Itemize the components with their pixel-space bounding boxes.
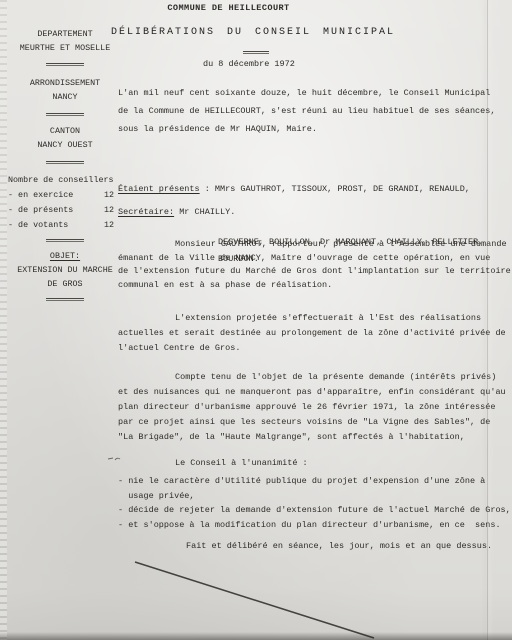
objet-line2: DE GROS <box>8 278 122 291</box>
sidebar-rule <box>46 113 84 116</box>
conseillers-row: - en exercice 12 <box>8 189 114 202</box>
commune-header: COMMUNE DE HEILLECOURT <box>0 3 457 13</box>
presents-label: Étaient présents <box>118 184 200 194</box>
paragraph-extension: L'extension projetée s'effectuerait à l'… <box>118 311 506 356</box>
sidebar-rule <box>46 239 84 242</box>
arrondissement-label: ARRONDISSEMENT <box>8 77 122 90</box>
film-edge-decoration <box>0 0 7 640</box>
conseil-intro-line: Le Conseil à l'unanimité : <box>175 458 308 468</box>
secretaire-value: Mr CHAILLY. <box>174 207 235 217</box>
conseillers-row-label: - de votants <box>8 219 68 232</box>
objet-label: OBJET: <box>8 250 122 263</box>
arrondissement-value: NANCY <box>8 91 122 104</box>
paragraph-demande: Monsieur GAUTHROT, rapporteur, présente … <box>118 238 511 292</box>
conseillers-row-label: - de présents <box>8 204 73 217</box>
conseillers-row-value: 12 <box>104 204 114 217</box>
sidebar-rule <box>46 298 84 301</box>
conseillers-row-label: - en exercice <box>8 189 73 202</box>
presents-names-1: : MMrs GAUTHROT, TISSOUX, PROST, DE GRAN… <box>200 184 470 194</box>
conseillers-title: Nombre de conseillers <box>8 174 122 187</box>
sidebar-rule <box>46 161 84 164</box>
objet-line1: EXTENSION DU MARCHE <box>8 264 122 277</box>
scanned-document: COMMUNE DE HEILLECOURT DÉLIBÉRATIONS DU … <box>0 0 512 640</box>
session-date: du 8 décembre 1972 <box>203 59 295 69</box>
secretaire-label: Secrétaire: <box>118 207 174 217</box>
opening-paragraph: L'an mil neuf cent soixante douze, le hu… <box>118 84 495 138</box>
objet-label-text: OBJET: <box>50 251 80 261</box>
conseillers-row-value: 12 <box>104 189 114 202</box>
sidebar-rule <box>46 63 84 66</box>
decisions-list: - nie le caractère d'Utilité publique du… <box>118 474 511 532</box>
paragraph-considerant: Compte tenu de l'objet de la présente de… <box>118 370 506 445</box>
bottom-edge-shadow <box>0 632 512 640</box>
conseillers-row: - de présents 12 <box>8 204 114 217</box>
canton-label: CANTON <box>8 125 122 138</box>
departement-label: DEPARTEMENT <box>8 28 122 41</box>
title-rule <box>243 51 269 54</box>
canton-value: NANCY OUEST <box>8 139 122 152</box>
conseillers-row-value: 12 <box>104 219 114 232</box>
paper-fold-line <box>487 0 488 640</box>
conseillers-row: - de votants 12 <box>8 219 114 232</box>
secretaire-line: Secrétaire: Mr CHAILLY. <box>118 207 235 217</box>
left-margin-column: DEPARTEMENT MEURTHE ET MOSELLE ARRONDISS… <box>8 28 122 301</box>
departement-value: MEURTHE ET MOSELLE <box>8 42 122 55</box>
handwritten-tick-icon <box>107 455 121 462</box>
presents-line1: Étaient présents : MMrs GAUTHROT, TISSOU… <box>118 181 483 199</box>
closing-line: Fait et délibéré en séance, les jour, mo… <box>186 541 492 551</box>
page-title: DÉLIBÉRATIONS DU CONSEIL MUNICIPAL <box>111 27 395 38</box>
